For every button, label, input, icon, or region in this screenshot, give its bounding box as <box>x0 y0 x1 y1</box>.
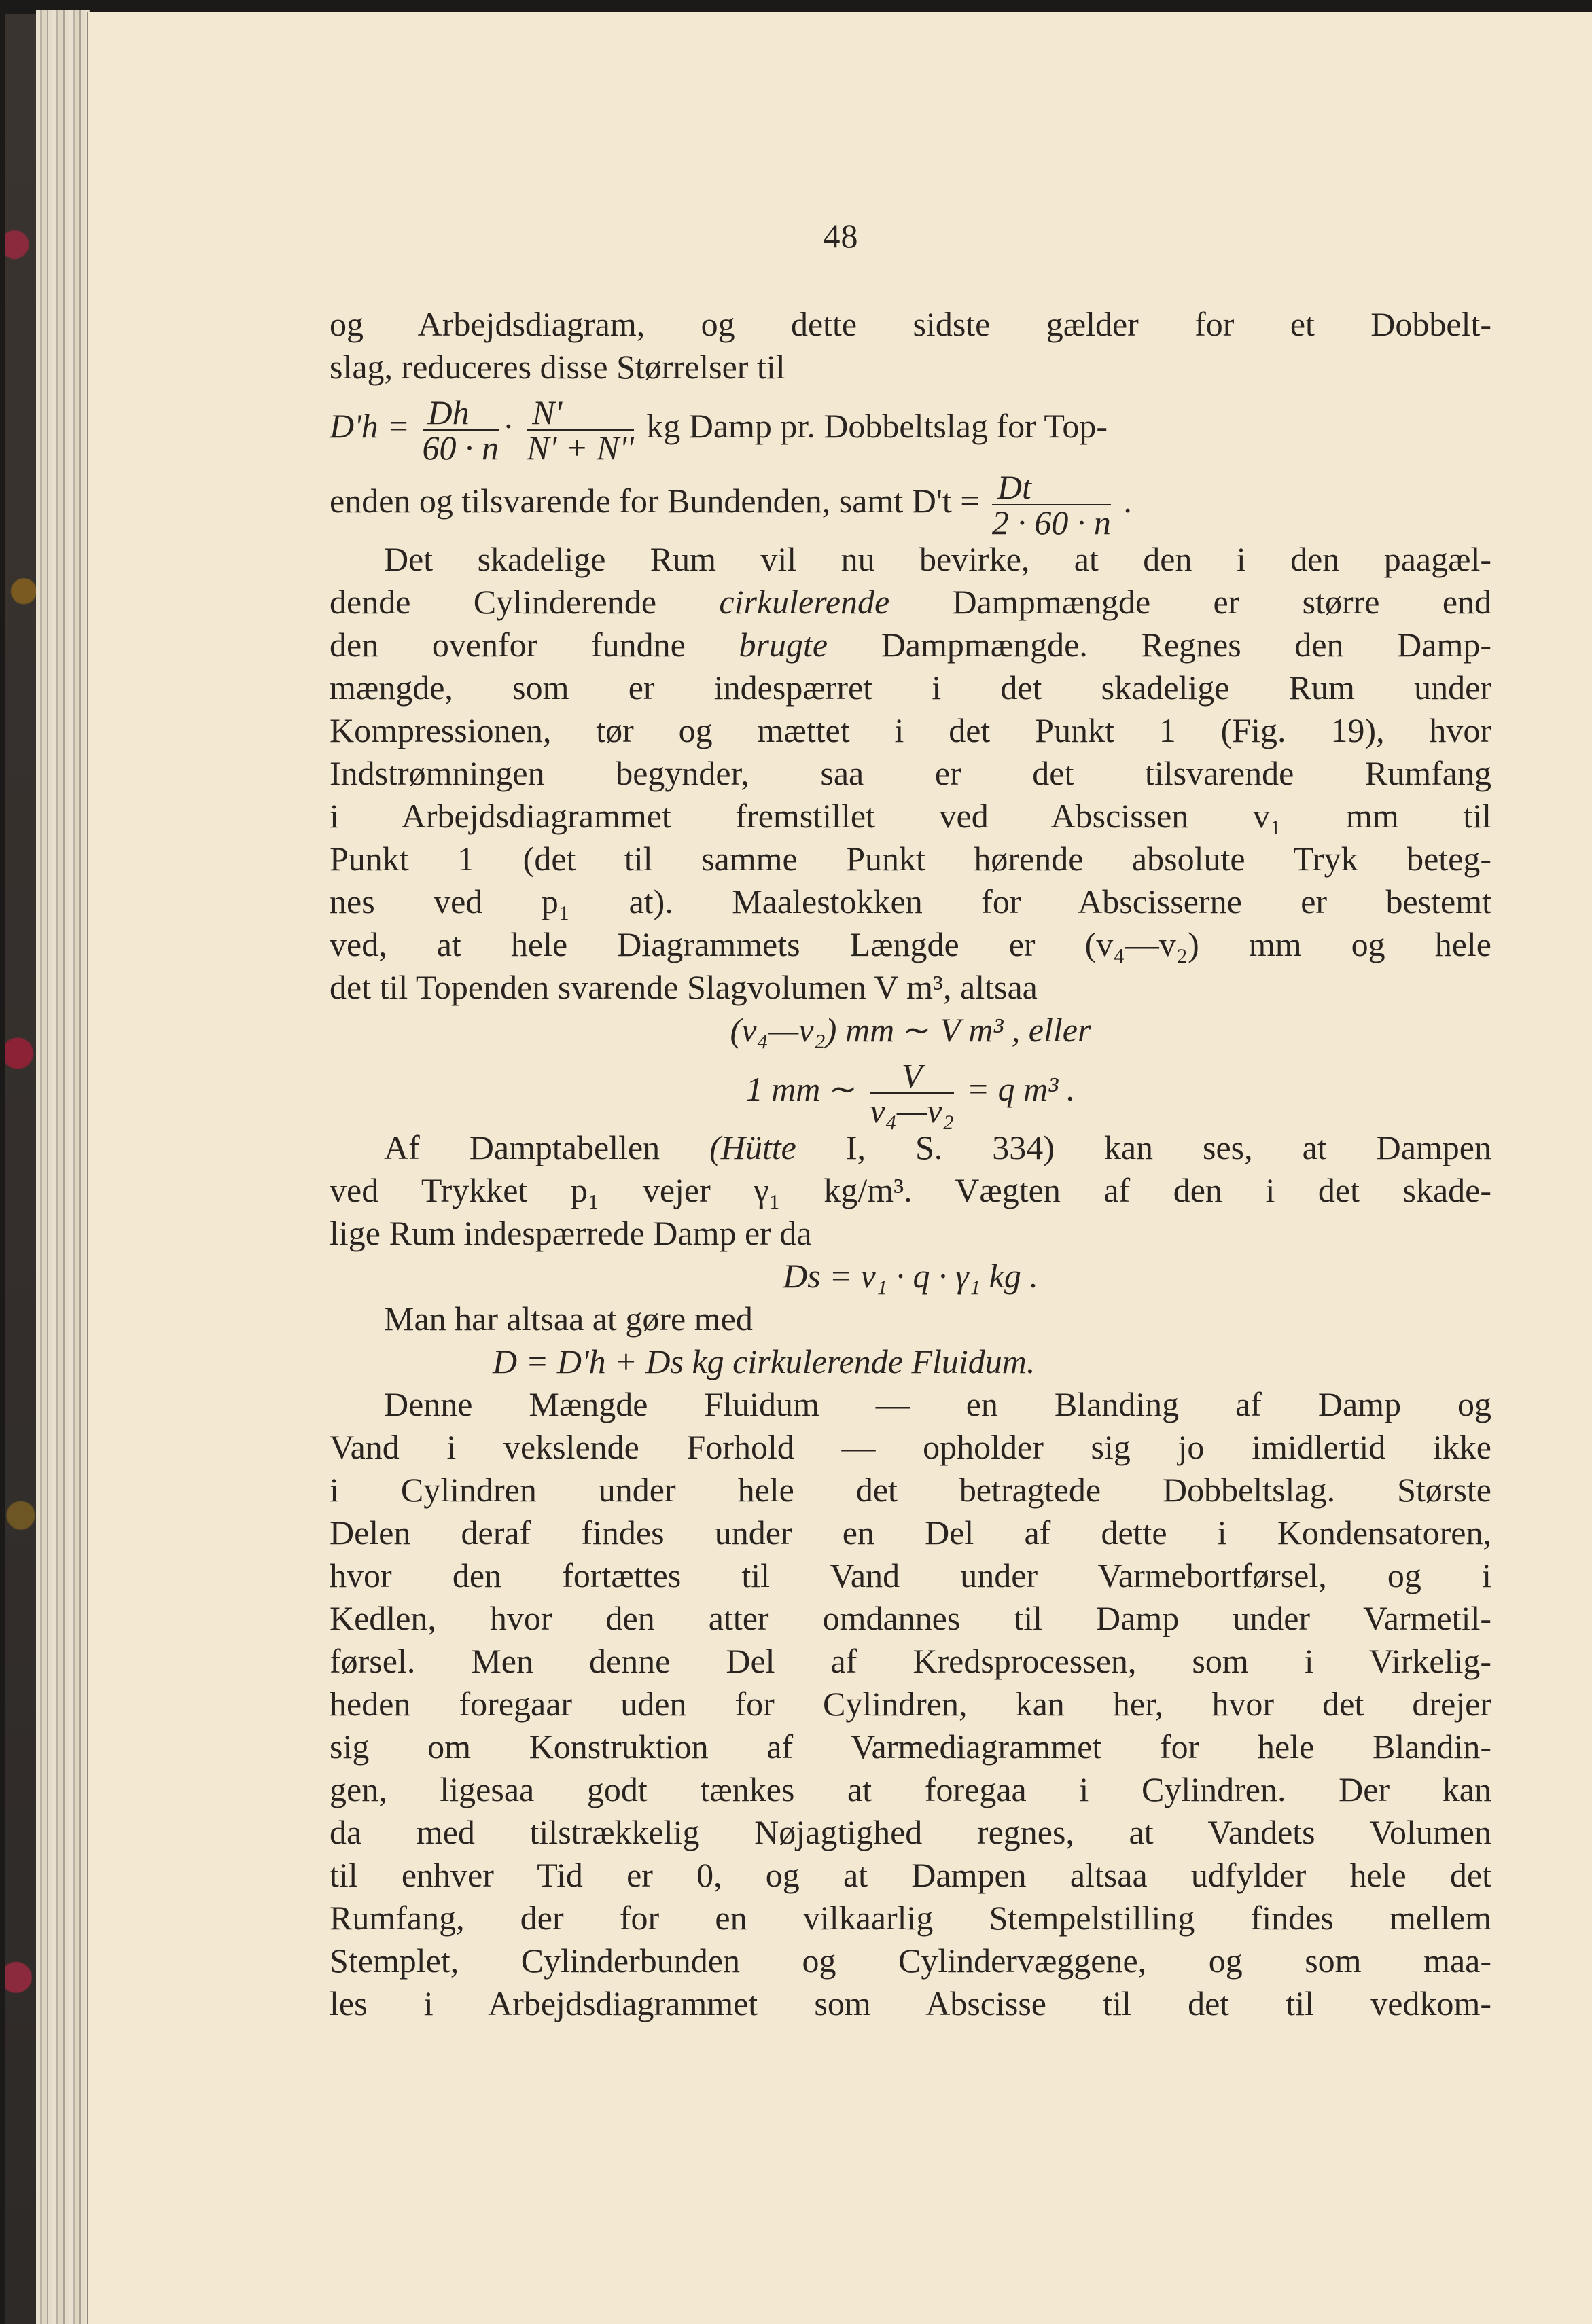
text-line: gen, ligesaa godt tænkes at foregaa i Cy… <box>330 1768 1491 1811</box>
text-line: Kompressionen, tør og mættet i det Punkt… <box>330 709 1491 752</box>
formula-d: D = D'h + Ds kg cirkulerende Fluidum. <box>330 1340 1491 1383</box>
text-line: hvor den fortættes til Vand under Varmeb… <box>330 1554 1491 1597</box>
text-line: Delen deraf findes under en Del af dette… <box>330 1512 1491 1554</box>
page-edges <box>36 10 90 2324</box>
text-line: den ovenfor fundne brugte Dampmængde. Re… <box>330 624 1491 666</box>
text-line: Indstrømningen begynder, saa er det tils… <box>330 752 1491 795</box>
text-line: og Arbejdsdiagram, og dette sidste gælde… <box>330 303 1491 346</box>
formula-dh: D'h = Dh60 · n· N'N' + N'' kg Damp pr. D… <box>330 389 1491 463</box>
text-line: Vand i vekslende Forhold — opholder sig … <box>330 1426 1491 1469</box>
text-line: Det skadelige Rum vil nu bevirke, at den… <box>330 538 1491 581</box>
text-line: les i Arbejdsdiagrammet som Abscisse til… <box>330 1982 1491 2025</box>
text-line: sig om Konstruktion af Varmediagrammet f… <box>330 1726 1491 1768</box>
text-line: slag, reduceres disse Størrelser til <box>330 346 1491 389</box>
text-line: da med tilstrækkelig Nøjagtighed regnes,… <box>330 1811 1491 1854</box>
text-line: Denne Mængde Fluidum — en Blanding af Da… <box>330 1383 1491 1426</box>
text-line: til enhver Tid er 0, og at Dampen altsaa… <box>330 1854 1491 1897</box>
text-line: ved, at hele Diagrammets Længde er (v₄—v… <box>330 923 1491 966</box>
text-line: Punkt 1 (det til samme Punkt hørende abs… <box>330 838 1491 880</box>
text-line: Af Damptabellen (Hütte I, S. 334) kan se… <box>330 1126 1491 1169</box>
book-spine <box>5 14 36 2324</box>
body-text: og Arbejdsdiagram, og dette sidste gælde… <box>330 303 1491 2025</box>
formula-scale-2: 1 mm ∼ Vv₄—v₂ = q m³ . <box>330 1052 1491 1126</box>
formula-ds: Ds = v₁ · q · γ₁ kg . <box>330 1255 1491 1298</box>
text-line: lige Rum indespærrede Damp er da <box>330 1212 1491 1255</box>
text-line: det til Topenden svarende Slagvolumen V … <box>330 966 1491 1009</box>
text-line: Man har altsaa at gøre med <box>330 1298 1491 1340</box>
text-line: Stemplet, Cylinderbunden og Cylindervægg… <box>330 1939 1491 1982</box>
text-line: dende Cylinderende cirkulerende Dampmæng… <box>330 581 1491 624</box>
text-line: nes ved p₁ at). Maalestokken for Absciss… <box>330 880 1491 923</box>
text-line: Kedlen, hvor den atter omdannes til Damp… <box>330 1597 1491 1640</box>
formula-dt: enden og tilsvarende for Bundenden, samt… <box>330 463 1491 538</box>
text-line: heden foregaar uden for Cylindren, kan h… <box>330 1683 1491 1726</box>
text-line: i Cylindren under hele det betragtede Do… <box>330 1469 1491 1512</box>
page-number: 48 <box>88 216 1592 255</box>
text-line: mængde, som er indespærret i det skadeli… <box>330 666 1491 709</box>
formula-scale-1: (v₄—v₂) mm ∼ V m³ , eller <box>330 1009 1491 1052</box>
book-page: 48 og Arbejdsdiagram, og dette sidste gæ… <box>87 12 1592 2324</box>
text-line: i Arbejdsdiagrammet fremstillet ved Absc… <box>330 795 1491 838</box>
text-line: ved Trykket p₁ vejer γ₁ kg/m³. Vægten af… <box>330 1169 1491 1212</box>
text-line: førsel. Men denne Del af Kredsprocessen,… <box>330 1640 1491 1683</box>
text-line: Rumfang, der for en vilkaarlig Stempelst… <box>330 1897 1491 1939</box>
